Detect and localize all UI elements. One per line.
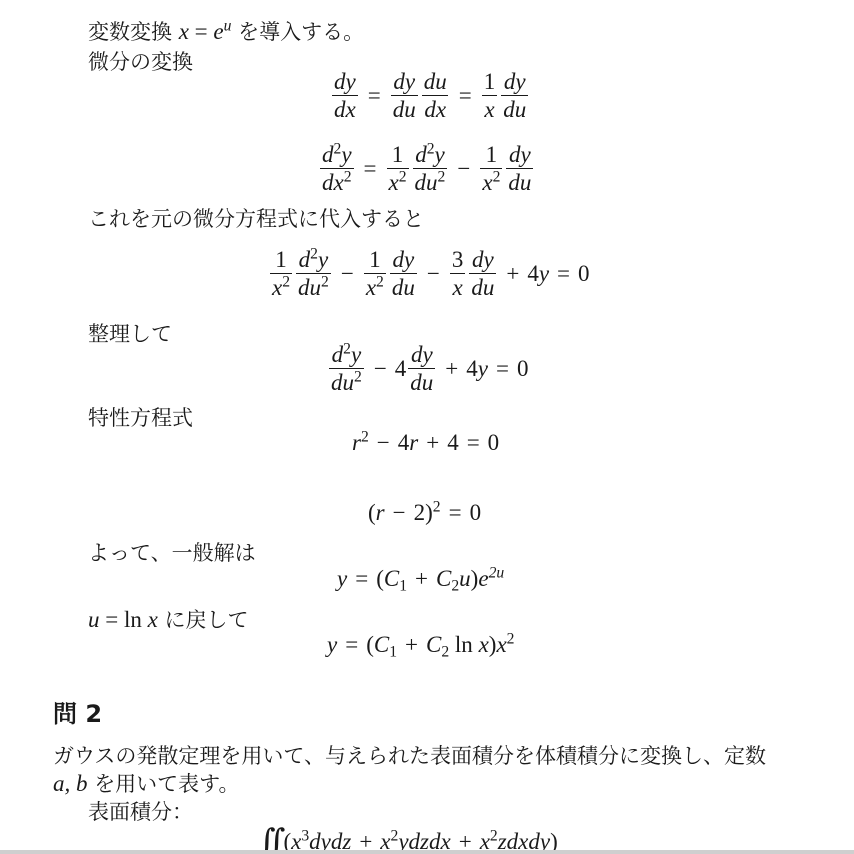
problem-2-heading: 問 2 [53,694,102,729]
equation-6: (r−2)2=0 [368,500,481,526]
intro-prefix: 変数変換 [88,20,172,44]
surface-integral-label: 表面積分： [88,796,193,826]
paragraph-line2-text: を用いて表す。 [94,772,239,796]
equation-8: y=(C1+C2 ln x)x2 [327,632,514,658]
intro-suffix: を導入する。 [238,20,364,44]
equation-2: d2ydx2 = 1x2 d2ydu2 − 1x2 dydu [318,143,535,195]
intro-math: x = eu [179,19,232,44]
back-sub-line: u = ln x に戻して [88,604,249,634]
general-solution-label: よって、一般解は [88,537,256,567]
equation-3: 1x2 d2ydu2 − 1x2 dydu − 3x dydu +4y=0 [268,248,590,300]
back-sub-math: u = ln x [88,607,158,632]
bottom-divider [0,850,854,854]
substitute-label: これを元の微分方程式に代入すると [88,203,424,233]
constants-math: a, b [53,771,88,796]
char-eq-label: 特性方程式 [88,402,193,432]
equation-1: dydx = dydu dudx = 1x dydu [330,70,530,122]
equation-5: r2−4r+4=0 [352,430,499,456]
equation-7: y=(C1+C2u)e2u [337,566,504,592]
problem-2-paragraph-line1: ガウスの発散定理を用いて、与えられた表面積分を体積積分に変換し、定数 [53,740,766,770]
intro-line: 変数変換 x = eu を導入する。 [88,16,364,46]
problem-2-paragraph-line2: a, b を用いて表す。 [53,768,240,798]
simplify-label: 整理して [88,318,172,348]
equation-4: d2ydu2 −4 dydu +4y=0 [327,343,528,395]
back-sub-label: に戻して [165,608,249,632]
diff-transform-label: 微分の変換 [88,46,193,76]
